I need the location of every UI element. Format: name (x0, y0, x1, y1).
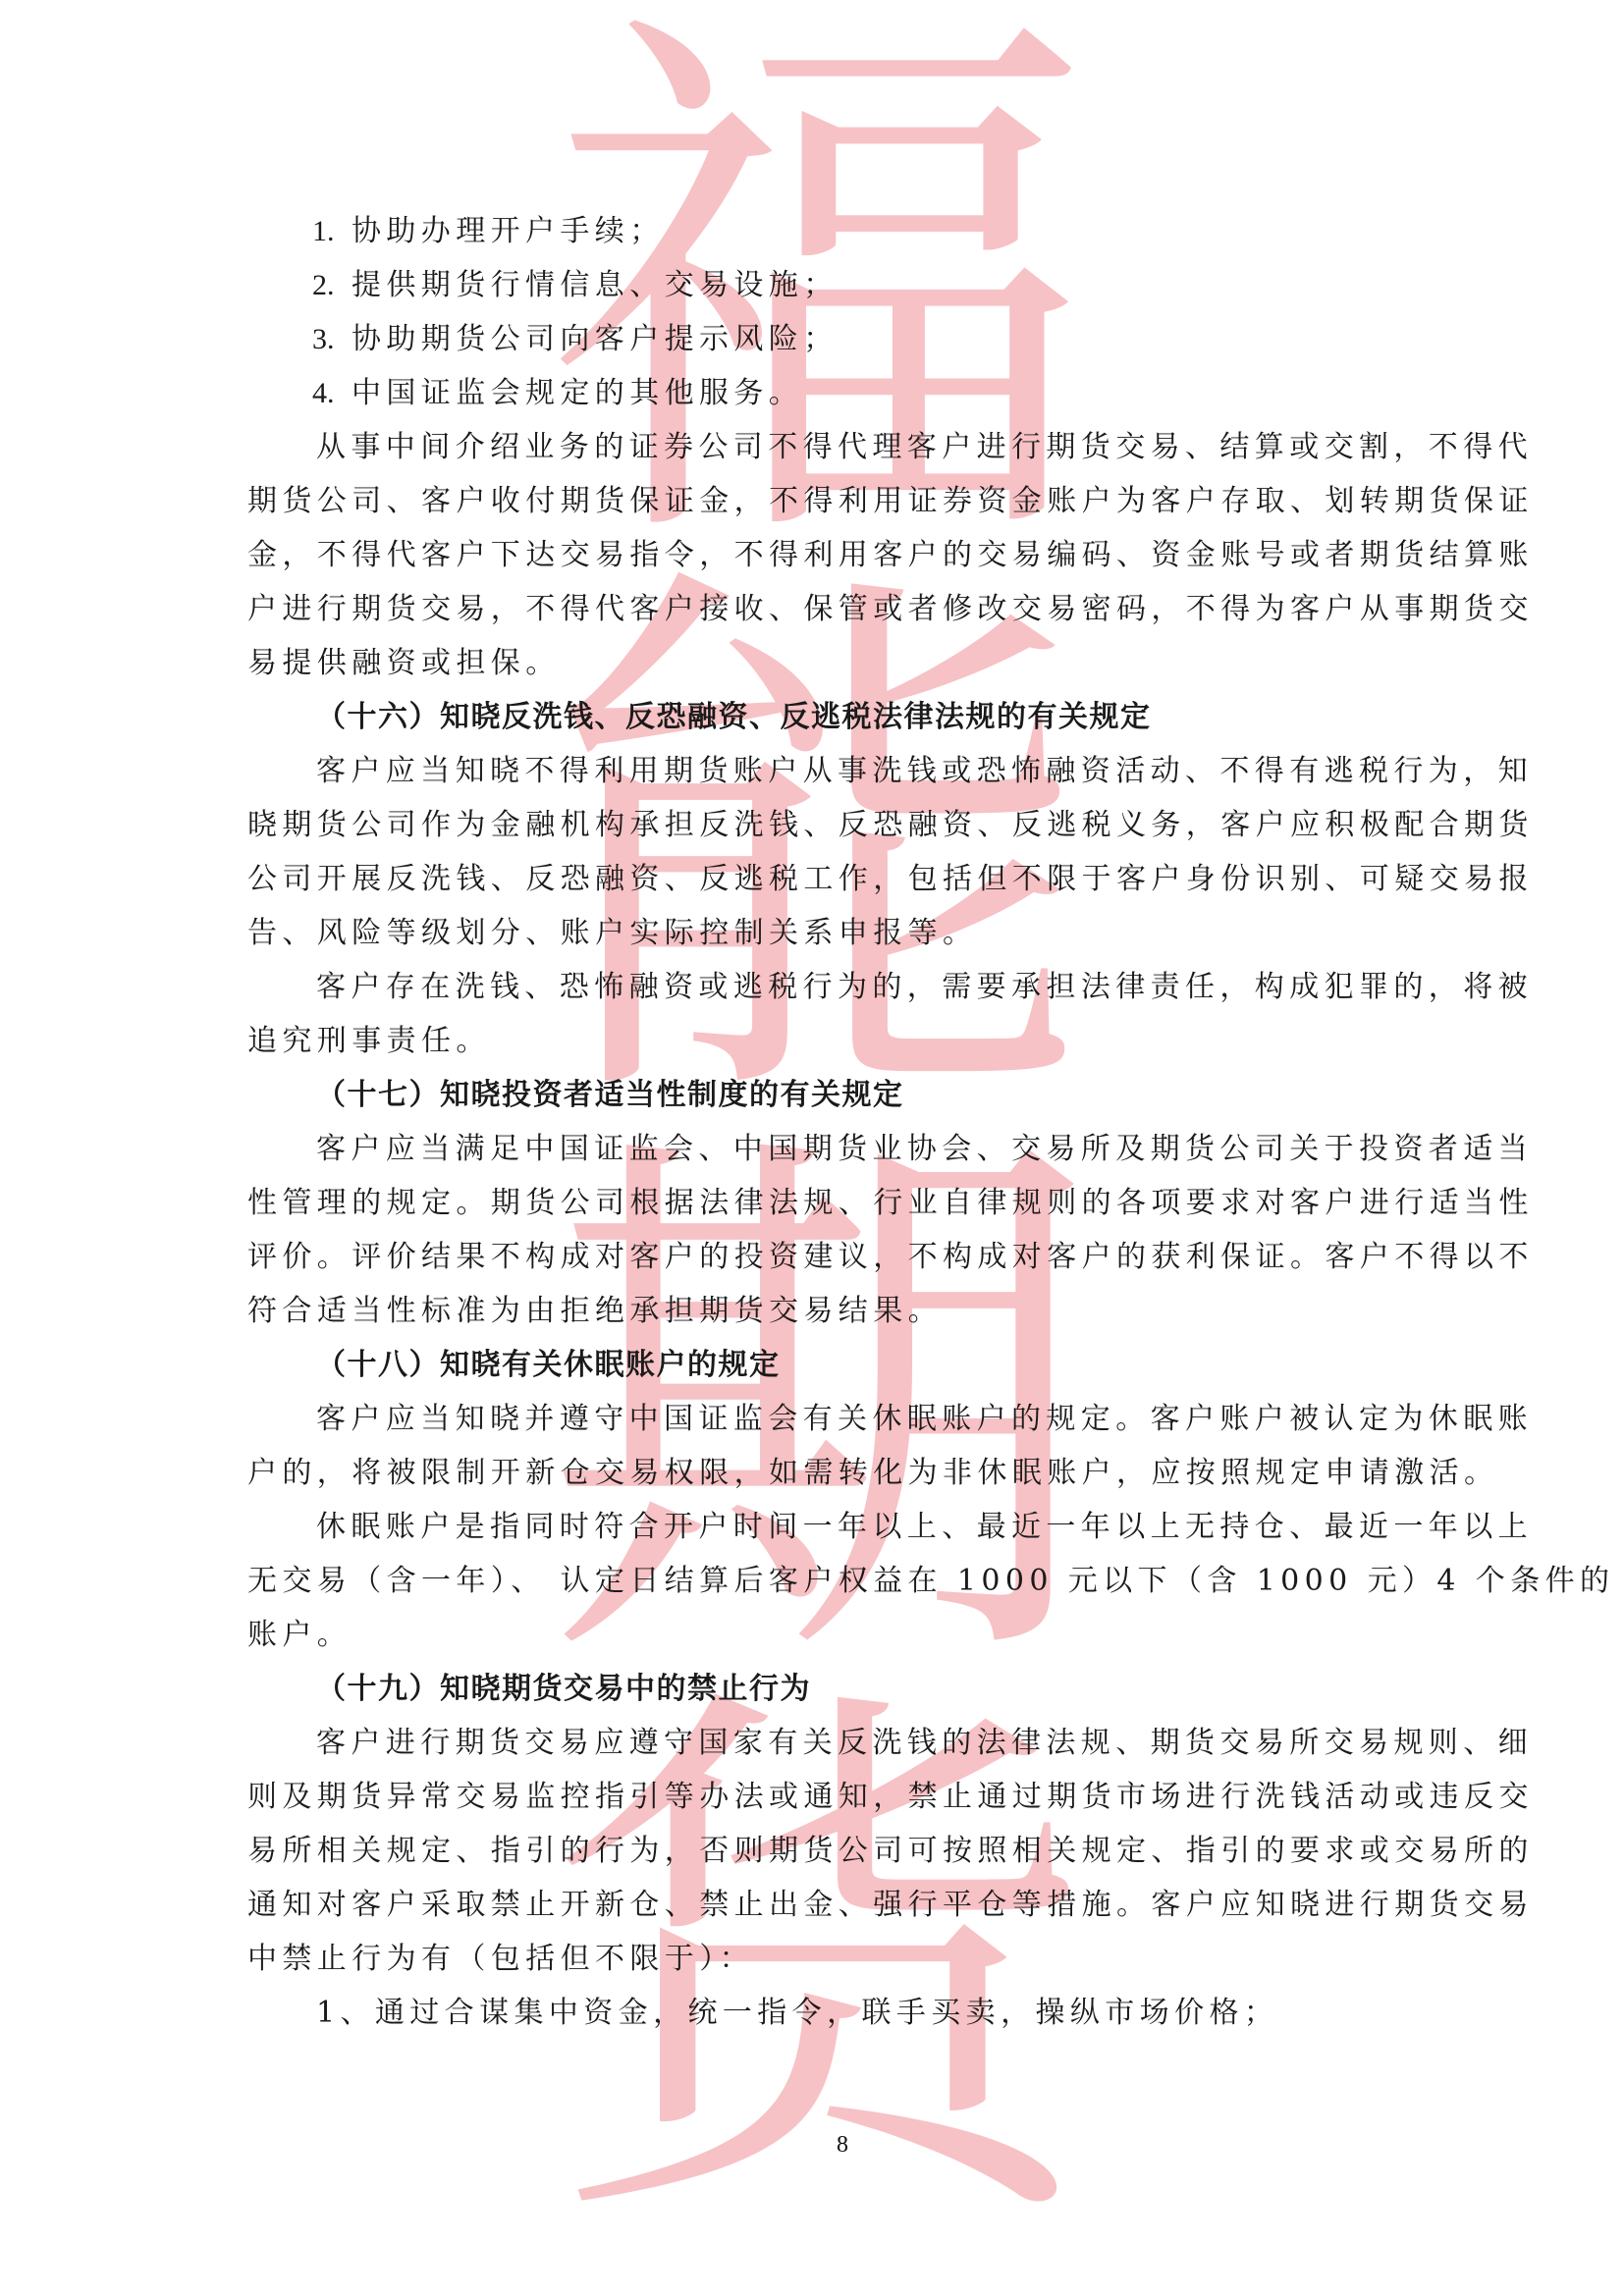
list-number: 2. (312, 258, 352, 312)
paragraph-line: 告、风险等级划分、账户实际控制关系申报等。 (247, 906, 1451, 960)
paragraph-line: 公司开展反洗钱、反恐融资、反逃税工作，包括但不限于客户身份识别、可疑交易报 (247, 852, 1451, 906)
paragraph-dormant-1: 客户应当知晓并遵守中国证监会有关休眠账户的规定。客户账户被认定为休眠账 户的，将… (247, 1392, 1451, 1500)
list-item: 3.协助期货公司向客户提示风险； (247, 312, 1451, 366)
paragraph-line: 则及期货异常交易监控指引等办法或通知，禁止通过期货市场进行洗钱活动或违反交 (247, 1770, 1451, 1824)
paragraph-line: 户的，将被限制开新仓交易权限，如需转化为非休眠账户，应按照规定申请激活。 (247, 1446, 1451, 1500)
paragraph-line: 客户应当满足中国证监会、中国期货业协会、交易所及期货公司关于投资者适当 (247, 1122, 1451, 1176)
paragraph-line: 通知对客户采取禁止开新仓、禁止出金、强行平仓等措施。客户应知晓进行期货交易 (247, 1878, 1451, 1932)
list-number: 4. (312, 366, 352, 420)
paragraph-prohibited: 客户进行期货交易应遵守国家有关反洗钱的法律法规、期货交易所交易规则、细 则及期货… (247, 1716, 1451, 1986)
paragraph-line: 金，不得代客户下达交易指令，不得利用客户的交易编码、资金账号或者期货结算账 (247, 528, 1451, 582)
paragraph-dormant-2: 休眠账户是指同时符合开户时间一年以上、最近一年以上无持仓、最近一年以上 无交易（… (247, 1500, 1451, 1662)
paragraph-line: 评价。评价结果不构成对客户的投资建议，不构成对客户的获利保证。客户不得以不 (247, 1230, 1451, 1284)
section-heading-18: （十八）知晓有关休眠账户的规定 (247, 1338, 1451, 1392)
paragraph-line: 客户应当知晓并遵守中国证监会有关休眠账户的规定。客户账户被认定为休眠账 (247, 1392, 1451, 1446)
paragraph-line: 客户应当知晓不得利用期货账户从事洗钱或恐怖融资活动、不得有逃税行为，知 (247, 744, 1451, 798)
list-item: 2.提供期货行情信息、交易设施； (247, 258, 1451, 312)
prohibited-item-1: 1、通过合谋集中资金，统一指令，联手买卖，操纵市场价格； (247, 1986, 1451, 2040)
paragraph-line: 客户存在洗钱、恐怖融资或逃税行为的，需要承担法律责任，构成犯罪的，将被 (247, 960, 1451, 1014)
paragraph-line: 客户进行期货交易应遵守国家有关反洗钱的法律法规、期货交易所交易规则、细 (247, 1716, 1451, 1770)
list-number: 1. (312, 204, 352, 258)
list-text: 协助期货公司向客户提示风险； (352, 322, 839, 356)
list-item: 1.协助办理开户手续； (247, 204, 1451, 258)
paragraph-aml-2: 客户存在洗钱、恐怖融资或逃税行为的，需要承担法律责任，构成犯罪的，将被 追究刑事… (247, 960, 1451, 1068)
paragraph-ib-restrictions: 从事中间介绍业务的证券公司不得代理客户进行期货交易、结算或交割，不得代 期货公司… (247, 420, 1451, 690)
paragraph-line: 性管理的规定。期货公司根据法律法规、行业自律规则的各项要求对客户进行适当性 (247, 1176, 1451, 1230)
paragraph-line: 追究刑事责任。 (247, 1014, 1451, 1068)
page-number: 8 (837, 2132, 848, 2159)
list-number: 3. (312, 312, 352, 366)
paragraph-line: 无交易（含一年）、 认定日结算后客户权益在 1000 元以下（含 1000 元）… (247, 1554, 1451, 1608)
paragraph-line: 易所相关规定、指引的行为，否则期货公司可按照相关规定、指引的要求或交易所的 (247, 1824, 1451, 1878)
paragraph-line: 晓期货公司作为金融机构承担反洗钱、反恐融资、反逃税义务，客户应积极配合期货 (247, 798, 1451, 852)
section-heading-16: （十六）知晓反洗钱、反恐融资、反逃税法律法规的有关规定 (247, 690, 1451, 744)
list-text: 协助办理开户手续； (352, 214, 665, 248)
paragraph-line: 账户。 (247, 1608, 1451, 1662)
list-item: 4.中国证监会规定的其他服务。 (247, 366, 1451, 420)
paragraph-line: 中禁止行为有（包括但不限于）： (247, 1932, 1451, 1986)
paragraph-line: 易提供融资或担保。 (247, 636, 1451, 690)
paragraph-line: 符合适当性标准为由拒绝承担期货交易结果。 (247, 1284, 1451, 1338)
list-text: 中国证监会规定的其他服务。 (352, 376, 803, 410)
service-list: 1.协助办理开户手续； 2.提供期货行情信息、交易设施； 3.协助期货公司向客户… (247, 204, 1451, 420)
paragraph-line: 户进行期货交易，不得代客户接收、保管或者修改交易密码，不得为客户从事期货交 (247, 582, 1451, 636)
paragraph-line: 期货公司、客户收付期货保证金，不得利用证券资金账户为客户存取、划转期货保证 (247, 474, 1451, 528)
paragraph-line: 从事中间介绍业务的证券公司不得代理客户进行期货交易、结算或交割，不得代 (247, 420, 1451, 474)
document-page: 1.协助办理开户手续； 2.提供期货行情信息、交易设施； 3.协助期货公司向客户… (247, 204, 1451, 2040)
list-text: 提供期货行情信息、交易设施； (352, 268, 839, 302)
section-heading-19: （十九）知晓期货交易中的禁止行为 (247, 1662, 1451, 1716)
paragraph-suitability: 客户应当满足中国证监会、中国期货业协会、交易所及期货公司关于投资者适当 性管理的… (247, 1122, 1451, 1338)
paragraph-aml-1: 客户应当知晓不得利用期货账户从事洗钱或恐怖融资活动、不得有逃税行为，知 晓期货公… (247, 744, 1451, 960)
paragraph-line: 休眠账户是指同时符合开户时间一年以上、最近一年以上无持仓、最近一年以上 (247, 1500, 1451, 1554)
section-heading-17: （十七）知晓投资者适当性制度的有关规定 (247, 1068, 1451, 1122)
